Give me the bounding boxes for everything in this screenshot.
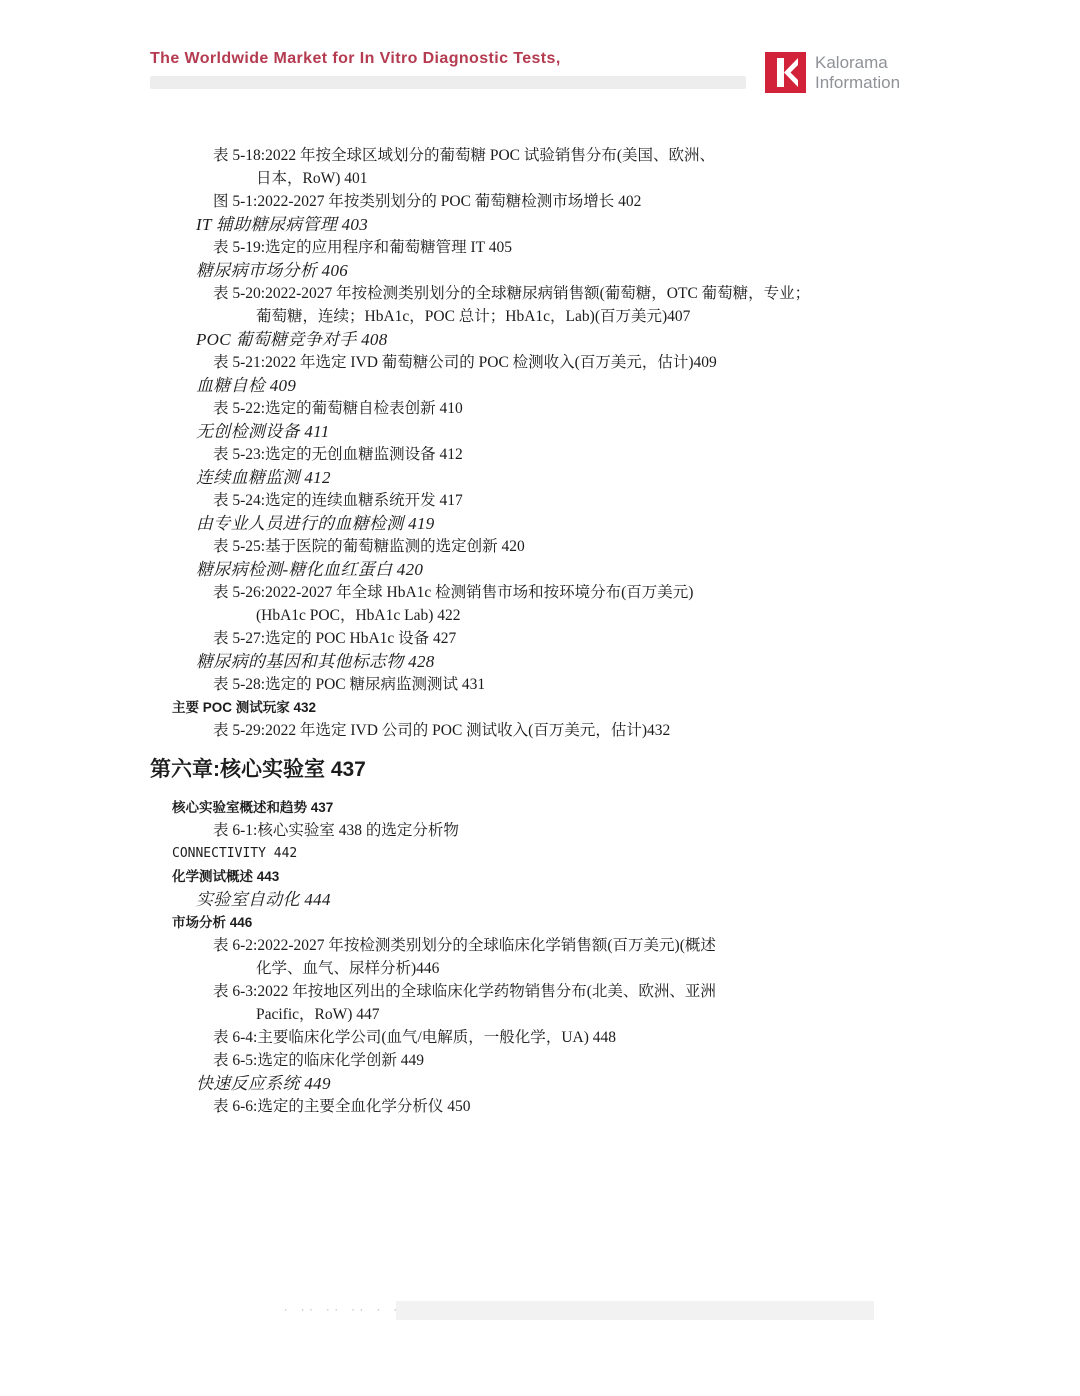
brand-line2: Information <box>815 73 900 93</box>
toc-entry: CONNECTIVITY 442 <box>150 842 980 865</box>
toc-entry: 表 6-3:2022 年按地区列出的全球临床化学药物销售分布(北美、欧洲、亚洲 <box>150 980 980 1003</box>
toc-entry: 表 5-20:2022-2027 年按检测类别划分的全球糖尿病销售额(葡萄糖，O… <box>150 282 980 305</box>
kalorama-logo: Kalorama Information <box>765 52 985 96</box>
toc-entry: 图 5-1:2022-2027 年按类别划分的 POC 葡萄糖检测市场增长 40… <box>150 190 980 213</box>
toc-entry: 表 5-22:选定的葡萄糖自检表创新 410 <box>150 397 980 420</box>
toc-entry: 日本，RoW) 401 <box>150 167 980 190</box>
toc-entry: 表 5-23:选定的无创血糖监测设备 412 <box>150 443 980 466</box>
header-divider <box>150 76 746 89</box>
toc-entry: 第六章:核心实验室 437 <box>150 756 980 784</box>
brand-name: Kalorama Information <box>815 53 900 93</box>
toc-entry: 快速反应系统 449 <box>150 1072 980 1095</box>
toc-entry: POC 葡萄糖竞争对手 408 <box>150 328 980 351</box>
toc-entry: 表 5-27:选定的 POC HbA1c 设备 427 <box>150 627 980 650</box>
toc-entry: 化学测试概述 443 <box>150 865 980 888</box>
toc-entry: 表 6-4:主要临床化学公司(血气/电解质，一般化学，UA) 448 <box>150 1026 980 1049</box>
toc-entry: 表 6-2:2022-2027 年按检测类别划分的全球临床化学销售额(百万美元)… <box>150 934 980 957</box>
toc-entry: 表 5-18:2022 年按全球区域划分的葡萄糖 POC 试验销售分布(美国、欧… <box>150 144 980 167</box>
footer-bar <box>396 1301 874 1320</box>
toc-entry: 表 6-5:选定的临床化学创新 449 <box>150 1049 980 1072</box>
toc-entry: 糖尿病的基因和其他标志物 428 <box>150 650 980 673</box>
toc-entry: 表 6-1:核心实验室 438 的选定分析物 <box>150 819 980 842</box>
toc-entry: 表 5-29:2022 年选定 IVD 公司的 POC 测试收入(百万美元，估计… <box>150 719 980 742</box>
document-page: The Worldwide Market for In Vitro Diagno… <box>0 0 1080 1396</box>
kalorama-k-icon <box>765 52 806 93</box>
toc-list: 表 5-18:2022 年按全球区域划分的葡萄糖 POC 试验销售分布(美国、欧… <box>150 144 980 1118</box>
brand-line1: Kalorama <box>815 53 900 73</box>
toc-entry: IT 辅助糖尿病管理 403 <box>150 213 980 236</box>
toc-entry: 表 5-26:2022-2027 年全球 HbA1c 检测销售市场和按环境分布(… <box>150 581 980 604</box>
toc-entry: 表 6-6:选定的主要全血化学分析仪 450 <box>150 1095 980 1118</box>
toc-entry: 市场分析 446 <box>150 911 980 934</box>
toc-entry: 表 5-28:选定的 POC 糖尿病监测测试 431 <box>150 673 980 696</box>
toc-entry: 由专业人员进行的血糖检测 419 <box>150 512 980 535</box>
toc-entry: 化学、血气、尿样分析)446 <box>150 957 980 980</box>
toc-entry: 糖尿病检测-糖化血红蛋白 420 <box>150 558 980 581</box>
toc-entry: 葡萄糖，连续；HbA1c，POC 总计；HbA1c，Lab)(百万美元)407 <box>150 305 980 328</box>
toc-entry: Pacific，RoW) 447 <box>150 1003 980 1026</box>
report-title: The Worldwide Market for In Vitro Diagno… <box>150 50 561 68</box>
toc-entry: 表 5-19:选定的应用程序和葡萄糖管理 IT 405 <box>150 236 980 259</box>
toc-entry: 血糖自检 409 <box>150 374 980 397</box>
toc-entry: 连续血糖监测 412 <box>150 466 980 489</box>
toc-entry: 表 5-24:选定的连续血糖系统开发 417 <box>150 489 980 512</box>
toc-entry: 表 5-21:2022 年选定 IVD 葡萄糖公司的 POC 检测收入(百万美元… <box>150 351 980 374</box>
toc-entry: 核心实验室概述和趋势 437 <box>150 796 980 819</box>
toc-entry: 主要 POC 测试玩家 432 <box>150 696 980 719</box>
toc-entry: 表 5-25:基于医院的葡萄糖监测的选定创新 420 <box>150 535 980 558</box>
toc-entry: (HbA1c POC，HbA1c Lab) 422 <box>150 604 980 627</box>
toc-entry: 糖尿病市场分析 406 <box>150 259 980 282</box>
toc-entry: 无创检测设备 411 <box>150 420 980 443</box>
toc-entry: 实验室自动化 444 <box>150 888 980 911</box>
